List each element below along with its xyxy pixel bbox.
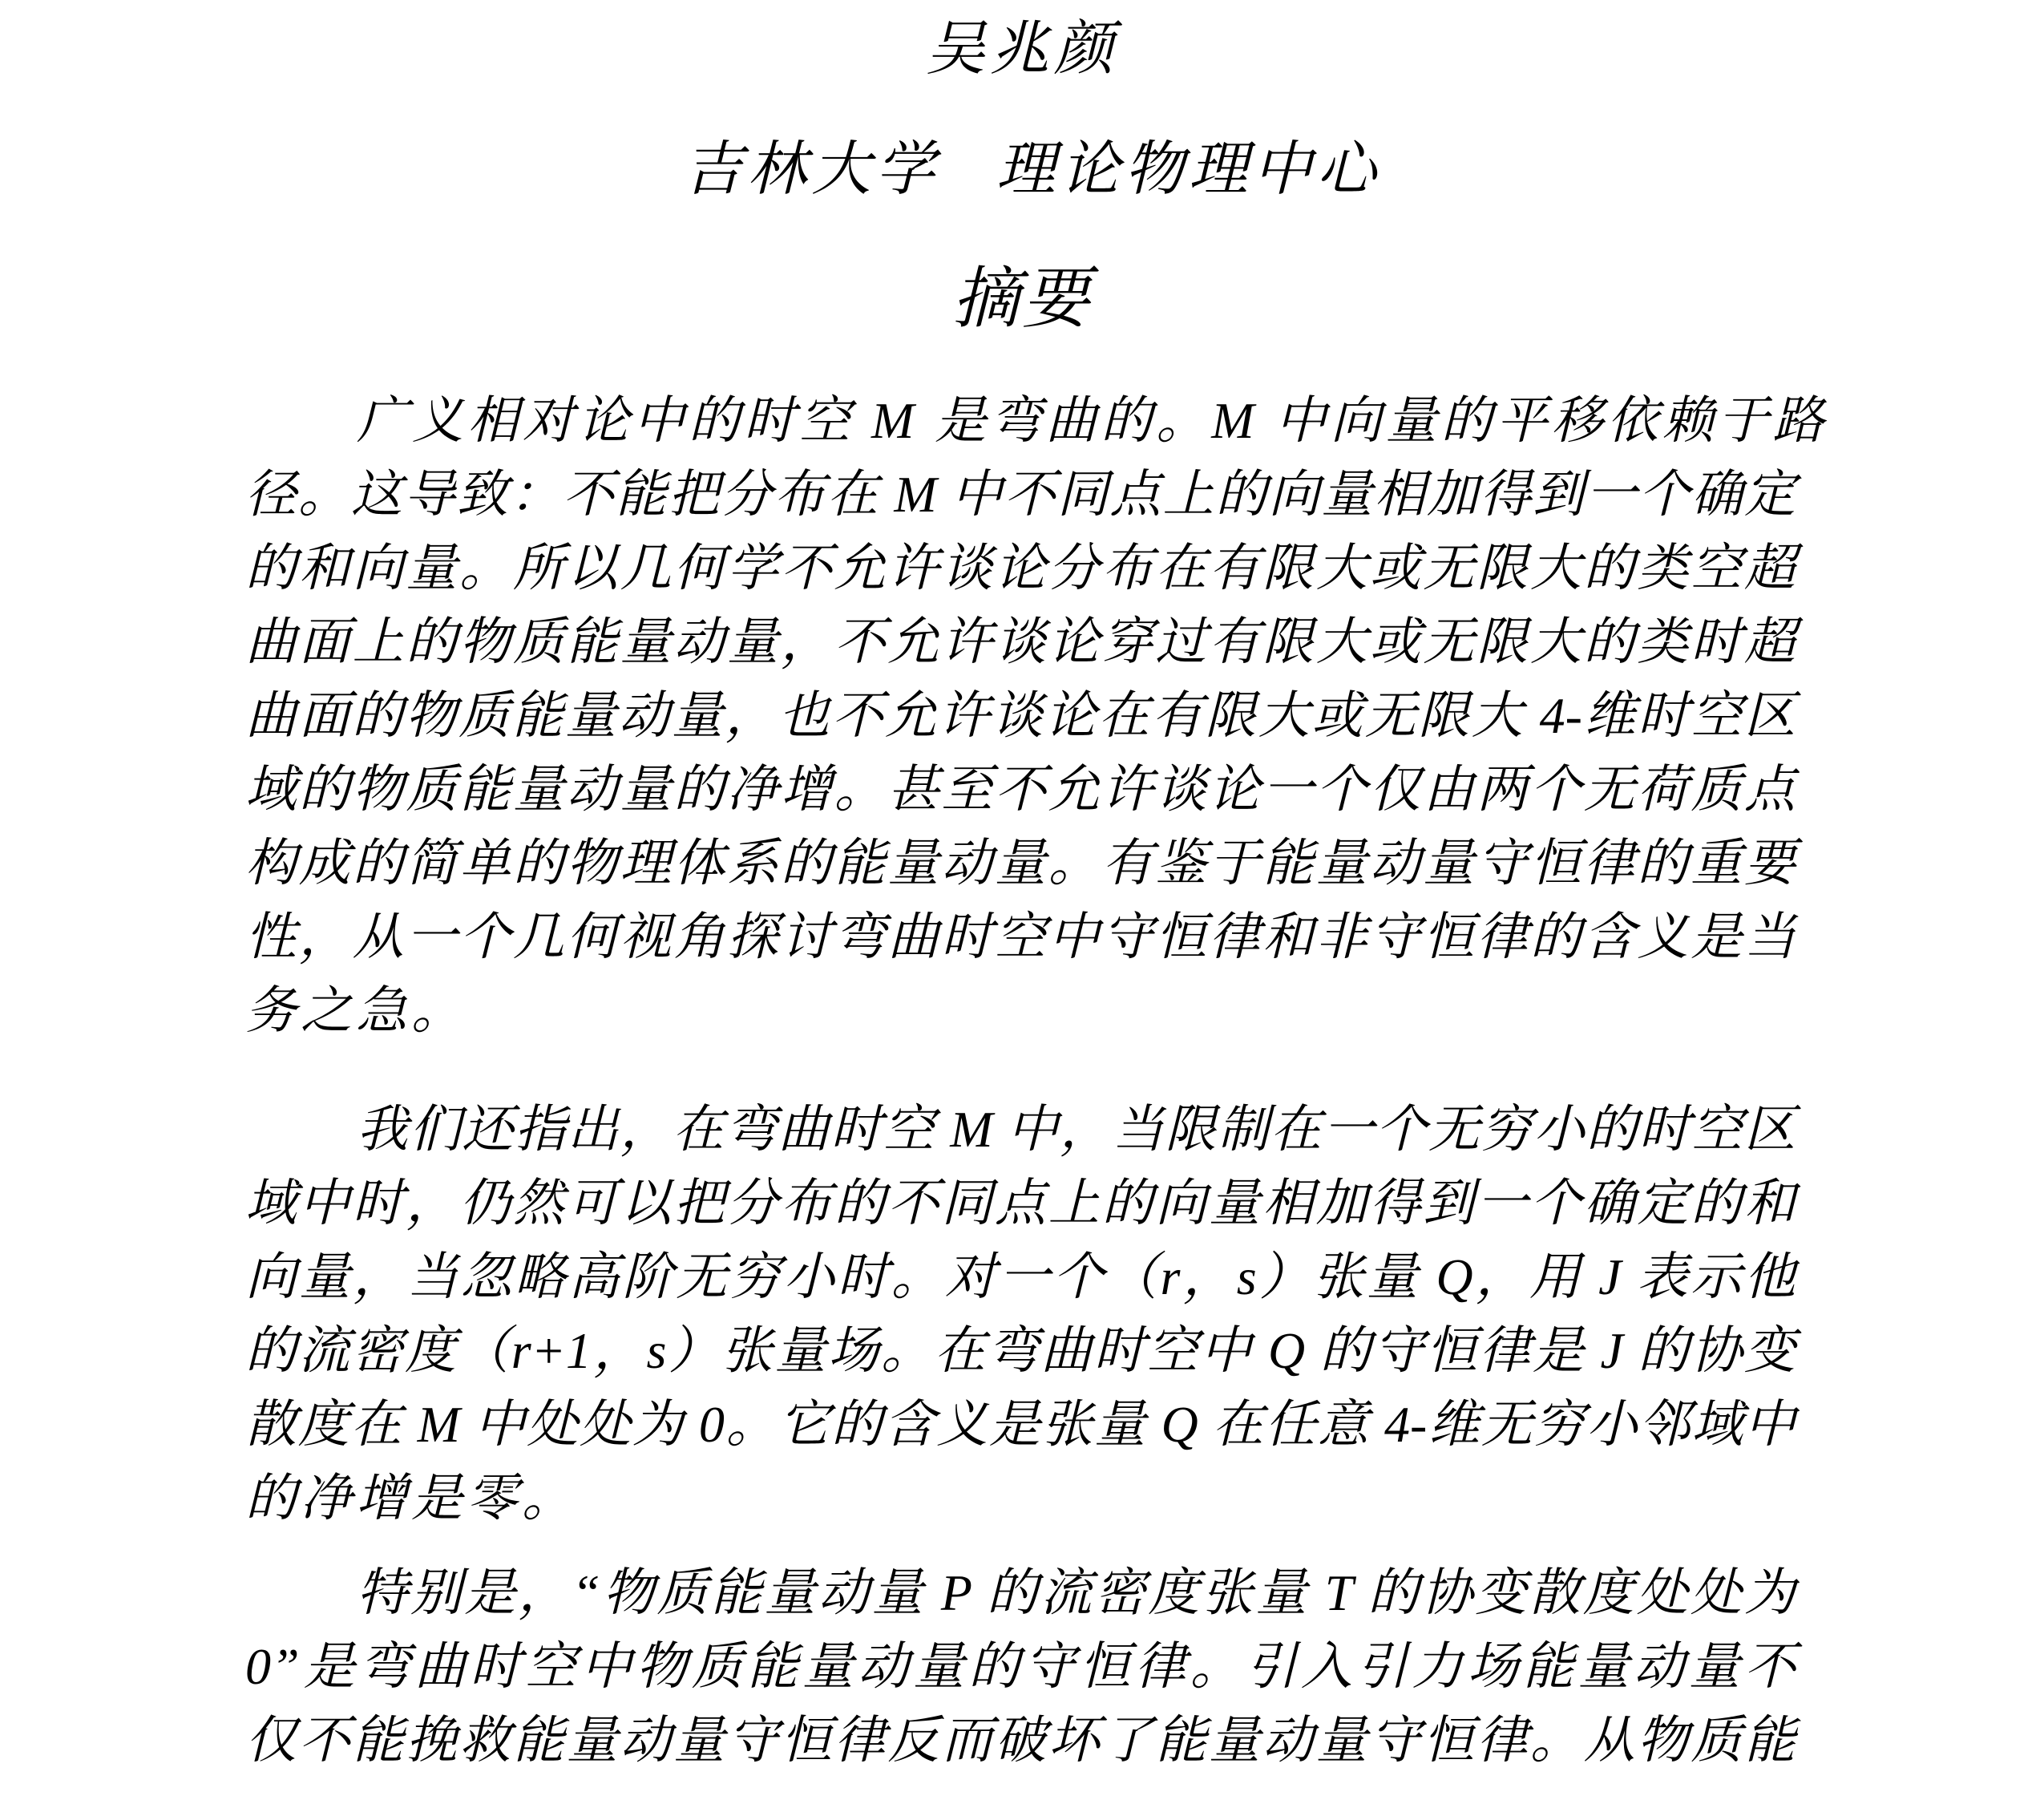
text-line: 广义相对论中的时空 M 是弯曲的。M 中向量的平移依赖于路 [245, 384, 1796, 458]
abstract-heading: 摘要 [0, 253, 2044, 346]
abstract-paragraph-3: 特别是，“物质能量动量 P 的流密度张量 T 的协变散度处处为 0”是弯曲时空中… [245, 1556, 1796, 1778]
text-line: 的和向量。所以几何学不允许谈论分布在有限大或无限大的类空超 [245, 532, 1796, 605]
text-line: 的净增是零。 [245, 1462, 1796, 1535]
text-line: 务之急。 [245, 974, 1796, 1048]
text-line: 径。这导致：不能把分布在 M 中不同点上的向量相加得到一个确定 [245, 458, 1796, 532]
text-line: 性，从一个几何视角探讨弯曲时空中守恒律和非守恒律的含义是当 [245, 900, 1796, 974]
abstract-paragraph-2: 我们还指出，在弯曲时空 M 中，当限制在一个无穷小的时空区 域中时，仍然可以把分… [245, 1093, 1796, 1535]
text-line: 曲面上的物质能量动量，不允许谈论穿过有限大或无限大的类时超 [245, 605, 1796, 679]
text-line: 域中时，仍然可以把分布的不同点上的向量相加得到一个确定的和 [245, 1167, 1796, 1240]
affiliation: 吉林大学 理论物理中心 [0, 128, 2044, 212]
text-line: 仅不能挽救能量动量守恒律反而破坏了能量动量守恒律。从物质能 [245, 1704, 1796, 1778]
text-line: 特别是，“物质能量动量 P 的流密度张量 T 的协变散度处处为 [245, 1556, 1796, 1630]
text-line: 0”是弯曲时空中物质能量动量的守恒律。引入引力场能量动量不 [245, 1630, 1796, 1704]
text-line: 曲面的物质能量动量，也不允许谈论在有限大或无限大 4-维时空区 [245, 679, 1796, 753]
text-line: 向量，当忽略高阶无穷小时。对一个（r，s）张量 Q，用 J 表示他 [245, 1240, 1796, 1314]
text-line: 的流密度（r+1，s）张量场。在弯曲时空中 Q 的守恒律是 J 的协变 [245, 1314, 1796, 1388]
text-line: 域的物质能量动量的净增。甚至不允许谈论一个仅由两个无荷质点 [245, 753, 1796, 827]
text-line: 散度在 M 中处处为 0。它的含义是张量 Q 在任意 4-维无穷小邻域中 [245, 1388, 1796, 1462]
author-name: 吴兆颜 [0, 8, 2044, 91]
abstract-paragraph-1: 广义相对论中的时空 M 是弯曲的。M 中向量的平移依赖于路 径。这导致：不能把分… [245, 384, 1796, 1048]
text-line: 构成的简单的物理体系的能量动量。有鉴于能量动量守恒律的重要 [245, 827, 1796, 900]
paper-abstract-page: 吴兆颜 吉林大学 理论物理中心 摘要 广义相对论中的时空 M 是弯曲的。M 中向… [0, 0, 2044, 1804]
text-line: 我们还指出，在弯曲时空 M 中，当限制在一个无穷小的时空区 [245, 1093, 1796, 1167]
